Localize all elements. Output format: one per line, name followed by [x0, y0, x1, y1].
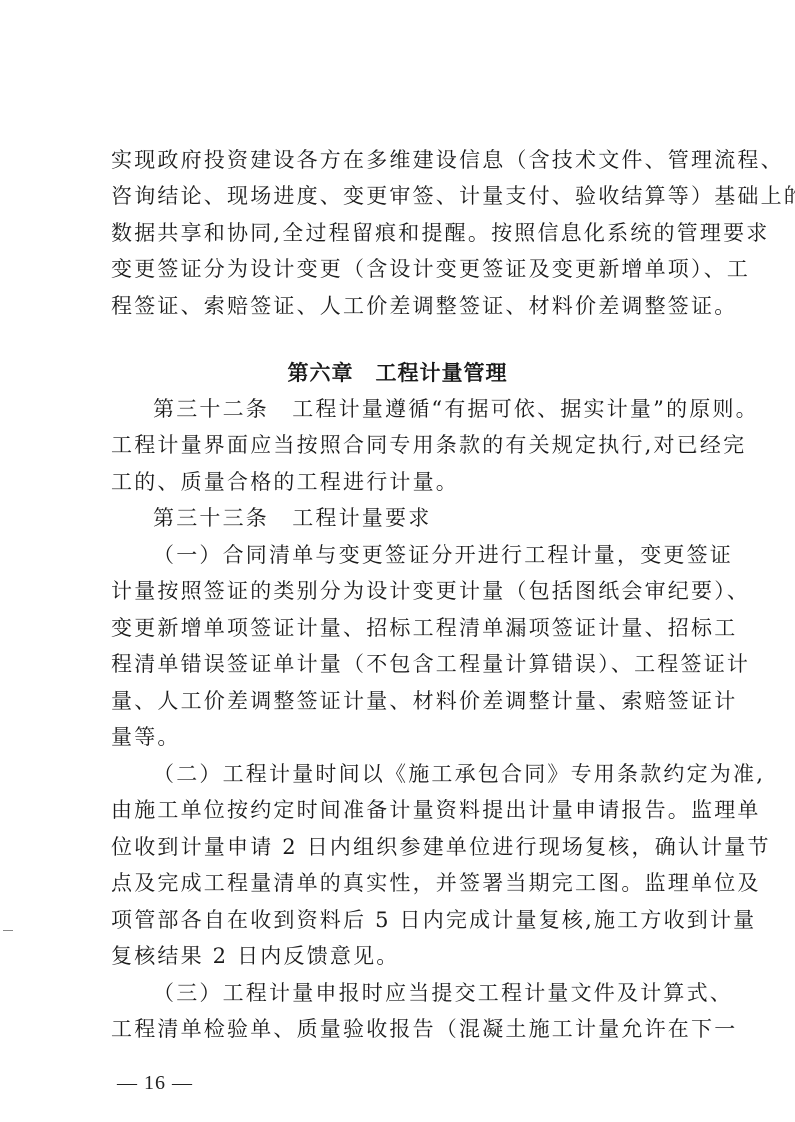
item-2-line-1: （二）工程计量时间以《施工承包合同》专用条款约定为准,: [153, 762, 711, 786]
item-3-line-1: （三）工程计量申报时应当提交工程计量文件及计算式、: [153, 981, 711, 1005]
chapter-title: 工程计量管理: [376, 361, 508, 385]
document-page: 实现政府投资建设各方在多维建设信息（含技术文件、管理流程、 咨询结论、现场进度、…: [0, 0, 795, 1122]
item-2-line-6: 复核结果 2 日内反馈意见。: [111, 944, 711, 968]
chapter-heading: 第六章工程计量管理: [0, 360, 795, 386]
item-2-line-2: 由施工单位按约定时间准备计量资料提出计量申请报告。监理单: [111, 798, 711, 822]
item-1-line-6: 量等。: [111, 725, 711, 749]
intro-line-1: 实现政府投资建设各方在多维建设信息（含技术文件、管理流程、: [111, 148, 711, 172]
item-1-line-5: 量、人工价差调整签证计量、材料价差调整计量、索赔签证计: [111, 689, 711, 713]
article-33-title: 第三十三条 工程计量要求: [153, 506, 711, 530]
article-32-line-3: 工的、质量合格的工程进行计量。: [111, 470, 711, 494]
item-2-line-3: 位收到计量申请 2 日内组织参建单位进行现场复核，确认计量节: [111, 835, 711, 859]
item-1-line-2: 计量按照签证的类别分为设计变更计量（包括图纸会审纪要）、: [111, 579, 711, 603]
item-1-line-1: （一）合同清单与变更签证分开进行工程计量，变更签证: [153, 543, 711, 567]
article-32-line-1: 第三十二条 工程计量遵循“有据可依、据实计量”的原则。: [153, 397, 711, 421]
chapter-number: 第六章: [288, 361, 354, 385]
item-2-line-5: 项管部各自在收到资料后 5 日内完成计量复核,施工方收到计量: [111, 908, 711, 932]
intro-line-2: 咨询结论、现场进度、变更审签、计量支付、验收结算等）基础上的: [111, 184, 711, 208]
item-2-line-4: 点及完成工程量清单的真实性，并签署当期完工图。监理单位及: [111, 871, 711, 895]
item-3-line-2: 工程清单检验单、质量验收报告（混凝土施工计量允许在下一: [111, 1017, 711, 1041]
item-1-line-3: 变更新增单项签证计量、招标工程清单漏项签证计量、招标工: [111, 616, 711, 640]
intro-line-5: 程签证、索赔签证、人工价差调整签证、材料价差调整签证。: [111, 294, 711, 318]
intro-line-3: 数据共享和协同,全过程留痕和提醒。按照信息化系统的管理要求: [111, 221, 711, 245]
intro-line-4: 变更签证分为设计变更（含设计变更签证及变更新增单项）、工: [111, 257, 711, 281]
article-32-line-2: 工程计量界面应当按照合同专用条款的有关规定执行,对已经完: [111, 433, 711, 457]
item-1-line-4: 程清单错误签证单计量（不包含工程量计算错误）、工程签证计: [111, 652, 711, 676]
scan-edge-mark: [3, 930, 13, 931]
page-number: — 16 —: [117, 1072, 193, 1094]
